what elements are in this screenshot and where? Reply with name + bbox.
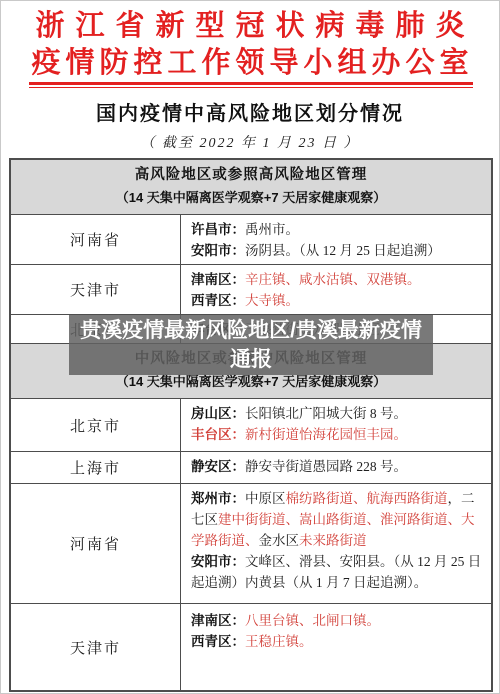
- detail-line: 郑州市：中原区棉纺路街道、航海西路街道，二七区建中街街道、嵩山路街道、淮河路街道…: [191, 488, 483, 551]
- section-header: 高风险地区或参照高风险地区管理（14 天集中隔离医学观察+7 天居家健康观察）: [11, 160, 491, 214]
- gov-header-line2: 疫情防控工作领导小组办公室: [1, 45, 499, 81]
- detail-line: 西青区：王稳庄镇。: [191, 631, 483, 652]
- gov-office-header: 浙江省新型冠状病毒肺炎 疫情防控工作领导小组办公室: [1, 8, 499, 81]
- text-segment: 丰台区：: [191, 427, 245, 442]
- table-row: 河南省郑州市：中原区棉纺路街道、航海西路街道，二七区建中街街道、嵩山路街道、淮河…: [11, 483, 491, 603]
- text-segment: 金水区: [259, 533, 300, 548]
- text-segment: 汤阴县。（从 12 月 25 日起追溯）: [245, 243, 441, 258]
- detail-line: 西青区：大寺镇。: [191, 290, 483, 311]
- red-divider-line: [29, 82, 473, 88]
- risk-area-table: 高风险地区或参照高风险地区管理（14 天集中隔离医学观察+7 天居家健康观察）河…: [9, 158, 493, 692]
- detail-cell: 津南区：八里台镇、北闸口镇。西青区：王稳庄镇。: [181, 604, 491, 690]
- province-cell: 河南省: [11, 484, 181, 603]
- document-title: 国内疫情中高风险地区划分情况: [1, 97, 499, 126]
- detail-line: 安阳市：文峰区、滑县、安阳县。（从 12 月 25 日起追溯）内黄县（从 1 月…: [191, 551, 483, 593]
- text-segment: 大寺镇。: [245, 293, 299, 308]
- text-segment: 禹州市。: [245, 222, 299, 237]
- detail-line: 房山区：长阳镇北广阳城大街 8 号。: [191, 403, 483, 424]
- text-segment: 许昌市：: [191, 222, 245, 237]
- text-segment: 安阳市：: [191, 243, 245, 258]
- text-segment: 西青区：: [191, 634, 245, 649]
- detail-cell: 静安区：静安寺街道愚园路 228 号。: [181, 452, 491, 483]
- detail-cell: 津南区：辛庄镇、咸水沽镇、双港镇。西青区：大寺镇。: [181, 265, 491, 314]
- detail-line: 静安区：静安寺街道愚园路 228 号。: [191, 456, 483, 477]
- watermark-overlay: 贵溪疫情最新风险地区/贵溪最新疫情通报: [69, 315, 433, 375]
- gov-header-line1: 浙江省新型冠状病毒肺炎: [1, 8, 499, 45]
- table-row: 天津市津南区：辛庄镇、咸水沽镇、双港镇。西青区：大寺镇。: [11, 264, 491, 314]
- detail-cell: 许昌市：禹州市。安阳市：汤阴县。（从 12 月 25 日起追溯）: [181, 215, 491, 264]
- table-row: 上海市静安区：静安寺街道愚园路 228 号。: [11, 451, 491, 483]
- text-segment: 西青区：: [191, 293, 245, 308]
- text-segment: 郑州市：: [191, 491, 245, 506]
- detail-line: 安阳市：汤阴县。（从 12 月 25 日起追溯）: [191, 240, 483, 261]
- text-segment: 静安区：: [191, 459, 245, 474]
- table-row: 河南省许昌市：禹州市。安阳市：汤阴县。（从 12 月 25 日起追溯）: [11, 214, 491, 264]
- province-cell: 上海市: [11, 452, 181, 483]
- text-segment: 津南区：: [191, 272, 245, 287]
- detail-line: 丰台区：新村街道怡海花园恒丰园。: [191, 424, 483, 445]
- detail-line: 许昌市：禹州市。: [191, 219, 483, 240]
- document-page: 浙江省新型冠状病毒肺炎 疫情防控工作领导小组办公室 国内疫情中高风险地区划分情况…: [0, 0, 500, 694]
- province-cell: 天津市: [11, 604, 181, 690]
- document-date-note: （ 截至 2022 年 1 月 23 日 ）: [1, 132, 499, 152]
- detail-cell: 郑州市：中原区棉纺路街道、航海西路街道，二七区建中街街道、嵩山路街道、淮河路街道…: [181, 484, 491, 603]
- detail-line: 津南区：辛庄镇、咸水沽镇、双港镇。: [191, 269, 483, 290]
- table-row: 北京市房山区：长阳镇北广阳城大街 8 号。丰台区：新村街道怡海花园恒丰园。: [11, 398, 491, 451]
- text-segment: 辛庄镇、咸水沽镇、双港镇。: [245, 272, 421, 287]
- text-segment: 王稳庄镇。: [245, 634, 313, 649]
- detail-cell: 房山区：长阳镇北广阳城大街 8 号。丰台区：新村街道怡海花园恒丰园。: [181, 399, 491, 451]
- text-segment: 静安寺街道愚园路 228 号。: [245, 459, 407, 474]
- text-segment: 房山区：: [191, 406, 245, 421]
- province-cell: 北京市: [11, 399, 181, 451]
- table-row: 天津市津南区：八里台镇、北闸口镇。西青区：王稳庄镇。: [11, 603, 491, 690]
- text-segment: 新村街道怡海花园恒丰园。: [245, 427, 407, 442]
- province-cell: 天津市: [11, 265, 181, 314]
- text-segment: 未来路街道: [299, 533, 367, 548]
- text-segment: 八里台镇、北闸口镇。: [245, 613, 380, 628]
- section-title-text: 高风险地区或参照高风险地区管理: [11, 163, 491, 187]
- text-segment: 津南区：: [191, 613, 245, 628]
- section-subtitle-text: （14 天集中隔离医学观察+7 天居家健康观察）: [11, 187, 491, 209]
- province-cell: 河南省: [11, 215, 181, 264]
- text-segment: 安阳市：: [191, 554, 245, 569]
- text-segment: 棉纺路街道、航海西路街道: [286, 491, 448, 506]
- text-segment: 长阳镇北广阳城大街 8 号。: [245, 406, 407, 421]
- text-segment: 中原区: [245, 491, 286, 506]
- detail-line: 津南区：八里台镇、北闸口镇。: [191, 610, 483, 631]
